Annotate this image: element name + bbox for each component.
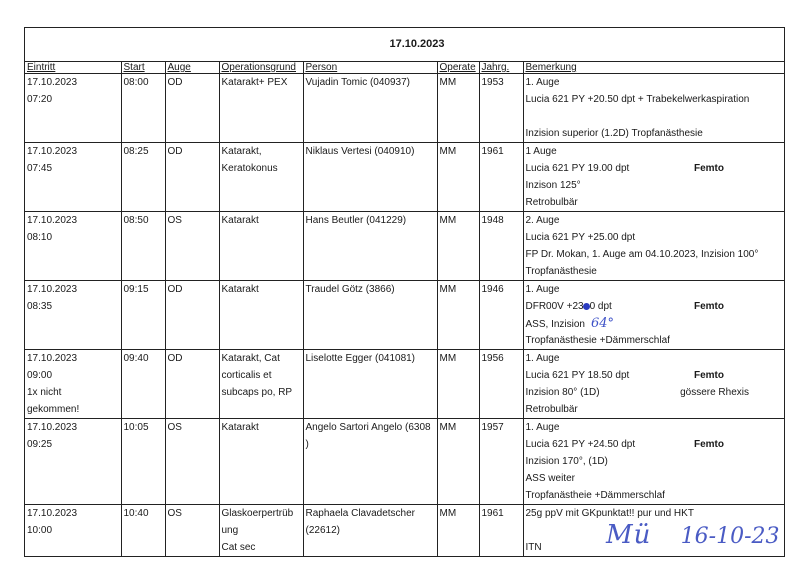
cell-eintritt-line: 07:20	[27, 91, 120, 108]
cell-operateur: MM	[437, 143, 479, 212]
cell-person-line: Niklaus Vertesi (040910)	[306, 143, 436, 160]
handwritten-signature: Mü 16-10-23	[606, 520, 780, 550]
table-row: 17.10.202309:2510:05OSKataraktAngelo Sar…	[25, 419, 784, 505]
bemerkung-text: 1. Auge	[526, 284, 560, 295]
bemerkung-text: 1. Auge	[526, 353, 560, 364]
cell-operationsgrund-line: Katarakt,	[222, 143, 302, 160]
bemerkung-line: 1. Auge	[526, 74, 784, 91]
cell-eintritt-line: 09:00	[27, 367, 120, 384]
bemerkung-line: Tropfanästhesie	[526, 263, 784, 280]
bemerkung-line: 1. Auge	[526, 281, 784, 298]
cell-jahrgang: 1953	[479, 74, 523, 143]
bemerkung-text: Inzision 80° (1D)	[526, 387, 600, 398]
schedule-table: Eintritt Start Auge Operationsgrund Pers…	[25, 62, 784, 557]
cell-person: Raphaela Clavadetscher(22612)	[303, 505, 437, 557]
cell-auge-text: OS	[168, 419, 218, 436]
cell-start: 09:40	[121, 350, 165, 419]
cell-auge: OD	[165, 281, 219, 350]
table-row: 17.10.202308:1008:50OSKataraktHans Beutl…	[25, 212, 784, 281]
cell-person-line: Angelo Sartori Angelo (6308	[306, 419, 436, 436]
cell-person: Vujadin Tomic (040937)	[303, 74, 437, 143]
cell-operationsgrund-line: Glaskoerpertrüb	[222, 505, 302, 522]
cell-operationsgrund-line: Katarakt	[222, 281, 302, 298]
table-row: 17.10.202307:4508:25ODKatarakt,Keratokon…	[25, 143, 784, 212]
bemerkung-line: Lucia 621 PY 19.00 dpt	[526, 160, 784, 177]
cell-start: 09:15	[121, 281, 165, 350]
column-header-start: Start	[121, 62, 165, 74]
cell-bemerkung: 1 AugeLucia 621 PY 19.00 dptInzison 125°…	[523, 143, 784, 212]
column-header-auge: Auge	[165, 62, 219, 74]
cell-eintritt-line: 10:00	[27, 522, 120, 539]
cell-operationsgrund: Katarakt+ PEX	[219, 74, 303, 143]
cell-eintritt: 17.10.202308:10	[25, 212, 121, 281]
cell-eintritt-line: 1x nicht	[27, 384, 120, 401]
cell-person: Liselotte Egger (041081)	[303, 350, 437, 419]
cell-operateur: MM	[437, 505, 479, 557]
bemerkung-text: FP Dr. Mokan, 1. Auge am 04.10.2023, Inz…	[526, 249, 759, 260]
cell-person-line: )	[306, 436, 436, 453]
table-header-row: Eintritt Start Auge Operationsgrund Pers…	[25, 62, 784, 74]
cell-operationsgrund: GlaskoerpertrübungCat sec	[219, 505, 303, 557]
cell-operateur: MM	[437, 350, 479, 419]
cell-person-line: Liselotte Egger (041081)	[306, 350, 436, 367]
cell-auge: OS	[165, 419, 219, 505]
cell-start-text: 10:40	[124, 505, 164, 522]
bemerkung-line: Lucia 621 PY +24.50 dpt	[526, 436, 784, 453]
cell-auge: OD	[165, 74, 219, 143]
cell-jahrgang-text: 1957	[482, 419, 522, 436]
cell-eintritt: 17.10.202309:25	[25, 419, 121, 505]
cell-eintritt: 17.10.202309:001x nichtgekommen!	[25, 350, 121, 419]
femto-note: gössere Rhexis	[680, 384, 749, 401]
cell-start: 08:25	[121, 143, 165, 212]
bemerkung-line: Inzision 170°, (1D)	[526, 453, 784, 470]
cell-jahrgang: 1957	[479, 419, 523, 505]
bemerkung-text: 1 Auge	[526, 146, 557, 157]
cell-operateur-text: MM	[440, 212, 478, 229]
bemerkung-text: Lucia 621 PY 19.00 dpt	[526, 163, 630, 174]
cell-operationsgrund-line: Keratokonus	[222, 160, 302, 177]
bemerkung-text: ITN	[526, 542, 542, 553]
column-header-operationsgrund: Operationsgrund	[219, 62, 303, 74]
cell-auge-text: OS	[168, 505, 218, 522]
table-row: 17.10.202307:2008:00ODKatarakt+ PEXVujad…	[25, 74, 784, 143]
column-header-eintritt: Eintritt	[25, 62, 121, 74]
cell-operateur-text: MM	[440, 143, 478, 160]
cell-jahrgang-text: 1946	[482, 281, 522, 298]
bemerkung-text: Inzision superior (1.2D) Tropfanästhesie	[526, 128, 703, 139]
cell-bemerkung: 1. AugeDFR00V +230 dptASS, Inzision64°Tr…	[523, 281, 784, 350]
cell-jahrgang-text: 1956	[482, 350, 522, 367]
bemerkung-text: ASS weiter	[526, 473, 575, 484]
bemerkung-line: ASS, Inzision64°	[526, 315, 784, 332]
cell-operationsgrund: Katarakt	[219, 212, 303, 281]
bemerkung-text: DFR00V +23	[526, 301, 584, 312]
cell-eintritt-line: 17.10.2023	[27, 505, 120, 522]
cell-jahrgang: 1948	[479, 212, 523, 281]
cell-operationsgrund-line: Katarakt, Cat	[222, 350, 302, 367]
cell-start: 10:05	[121, 419, 165, 505]
cell-eintritt-line: 17.10.2023	[27, 74, 120, 91]
cell-person-line: Traudel Götz (3866)	[306, 281, 436, 298]
cell-auge-text: OD	[168, 74, 218, 91]
cell-jahrgang: 1961	[479, 505, 523, 557]
bemerkung-text: 1. Auge	[526, 422, 560, 433]
bemerkung-text: Lucia 621 PY +25.00 dpt	[526, 232, 636, 243]
femto-label: Femto	[694, 367, 724, 384]
cell-start: 08:00	[121, 74, 165, 143]
cell-eintritt: 17.10.202310:00	[25, 505, 121, 557]
cell-person: Niklaus Vertesi (040910)	[303, 143, 437, 212]
cell-jahrgang: 1961	[479, 143, 523, 212]
cell-operateur: MM	[437, 281, 479, 350]
cell-eintritt-line: 17.10.2023	[27, 350, 120, 367]
cell-eintritt-line: 08:10	[27, 229, 120, 246]
cell-operateur-text: MM	[440, 419, 478, 436]
page-title: 17.10.2023	[25, 28, 784, 62]
handwritten-correction-mark	[583, 303, 590, 310]
cell-jahrgang-text: 1948	[482, 212, 522, 229]
cell-start: 08:50	[121, 212, 165, 281]
cell-eintritt-line: gekommen!	[27, 401, 120, 418]
cell-auge: OS	[165, 212, 219, 281]
bemerkung-line: ASS weiter	[526, 470, 784, 487]
cell-eintritt: 17.10.202308:35	[25, 281, 121, 350]
bemerkung-line: Retrobulbär	[526, 401, 784, 418]
cell-operationsgrund-line: Katarakt	[222, 419, 302, 436]
bemerkung-line: 2. Auge	[526, 212, 784, 229]
cell-operationsgrund-line: corticalis et	[222, 367, 302, 384]
cell-start-text: 08:00	[124, 74, 164, 91]
cell-auge-text: OD	[168, 143, 218, 160]
cell-eintritt-line: 07:45	[27, 160, 120, 177]
bemerkung-text: Retrobulbär	[526, 404, 578, 415]
table-row: 17.10.202309:001x nichtgekommen!09:40ODK…	[25, 350, 784, 419]
bemerkung-text: Inzision 170°, (1D)	[526, 456, 608, 467]
femto-label: Femto	[694, 160, 724, 177]
cell-person-line: Vujadin Tomic (040937)	[306, 74, 436, 91]
cell-operationsgrund-line: Katarakt+ PEX	[222, 74, 302, 91]
femto-label: Femto	[694, 436, 724, 453]
surgery-schedule-sheet: 17.10.2023 Eintritt Start Auge Operation…	[24, 27, 785, 557]
bemerkung-line: Lucia 621 PY +20.50 dpt + Trabekelwerkas…	[526, 91, 784, 108]
handwritten-angle: 64°	[591, 316, 614, 331]
cell-start-text: 10:05	[124, 419, 164, 436]
bemerkung-line: Inzision superior (1.2D) Tropfanästhesie	[526, 125, 784, 142]
cell-auge-text: OD	[168, 350, 218, 367]
cell-auge: OD	[165, 350, 219, 419]
cell-operateur-text: MM	[440, 350, 478, 367]
bemerkung-text: Lucia 621 PY +20.50 dpt + Trabekelwerkas…	[526, 94, 750, 105]
cell-operationsgrund-line: Katarakt	[222, 212, 302, 229]
femto-label: Femto	[694, 298, 724, 315]
bemerkung-line: Inzison 125°	[526, 177, 784, 194]
cell-eintritt-line: 17.10.2023	[27, 212, 120, 229]
bemerkung-text: Tropfanästhesie +Dämmerschlaf	[526, 335, 670, 346]
cell-operationsgrund-line: subcaps po, RP	[222, 384, 302, 401]
cell-operationsgrund: Katarakt, Catcorticalis etsubcaps po, RP	[219, 350, 303, 419]
cell-eintritt-line: 08:35	[27, 298, 120, 315]
cell-person: Angelo Sartori Angelo (6308)	[303, 419, 437, 505]
cell-eintritt: 17.10.202307:20	[25, 74, 121, 143]
bemerkung-line: 1. Auge	[526, 419, 784, 436]
signature-date: 16-10-23	[681, 524, 780, 549]
bemerkung-line: Lucia 621 PY 18.50 dpt	[526, 367, 784, 384]
cell-start-text: 08:50	[124, 212, 164, 229]
bemerkung-line: Tropfanästhesie +Dämmerschlaf	[526, 332, 784, 349]
cell-operateur: MM	[437, 212, 479, 281]
cell-bemerkung: 1. AugeLucia 621 PY +20.50 dpt + Trabeke…	[523, 74, 784, 143]
cell-bemerkung: 1. AugeLucia 621 PY 18.50 dptInzision 80…	[523, 350, 784, 419]
cell-operationsgrund-line: ung	[222, 522, 302, 539]
column-header-operateur: Operate	[437, 62, 479, 74]
bemerkung-text: Inzison 125°	[526, 180, 581, 191]
cell-auge: OD	[165, 143, 219, 212]
bemerkung-text: 2. Auge	[526, 215, 560, 226]
cell-bemerkung: 1. AugeLucia 621 PY +24.50 dptInzision 1…	[523, 419, 784, 505]
bemerkung-line	[526, 108, 784, 125]
cell-bemerkung: 2. AugeLucia 621 PY +25.00 dptFP Dr. Mok…	[523, 212, 784, 281]
bemerkung-text: Tropfanästheie +Dämmerschlaf	[526, 490, 665, 501]
bemerkung-line: 1. Auge	[526, 350, 784, 367]
bemerkung-text: Retrobulbär	[526, 197, 578, 208]
column-header-person: Person	[303, 62, 437, 74]
cell-operationsgrund-line: Cat sec	[222, 539, 302, 556]
cell-operationsgrund: Katarakt	[219, 419, 303, 505]
bemerkung-line: 1 Auge	[526, 143, 784, 160]
bemerkung-line: Lucia 621 PY +25.00 dpt	[526, 229, 784, 246]
bemerkung-text: ASS, Inzision	[526, 319, 585, 330]
cell-operateur-text: MM	[440, 281, 478, 298]
bemerkung-text: 1. Auge	[526, 77, 560, 88]
bemerkung-line: DFR00V +230 dpt	[526, 298, 784, 315]
cell-auge: OS	[165, 505, 219, 557]
cell-person-line: (22612)	[306, 522, 436, 539]
cell-start: 10:40	[121, 505, 165, 557]
cell-operateur-text: MM	[440, 505, 478, 522]
cell-person: Traudel Götz (3866)	[303, 281, 437, 350]
signature-initials: Mü	[606, 520, 651, 550]
cell-operateur: MM	[437, 419, 479, 505]
bemerkung-text: Tropfanästhesie	[526, 266, 597, 277]
cell-eintritt-line: 17.10.2023	[27, 281, 120, 298]
cell-start-text: 08:25	[124, 143, 164, 160]
cell-eintritt-line: 17.10.2023	[27, 143, 120, 160]
cell-start-text: 09:40	[124, 350, 164, 367]
cell-operateur-text: MM	[440, 74, 478, 91]
cell-operationsgrund: Katarakt	[219, 281, 303, 350]
cell-operationsgrund: Katarakt,Keratokonus	[219, 143, 303, 212]
cell-eintritt-line: 09:25	[27, 436, 120, 453]
bemerkung-text: Lucia 621 PY 18.50 dpt	[526, 370, 630, 381]
cell-jahrgang: 1946	[479, 281, 523, 350]
cell-auge-text: OD	[168, 281, 218, 298]
bemerkung-text: 25g ppV mit GKpunktat!! pur und HKT	[526, 508, 694, 519]
bemerkung-line: Tropfanästheie +Dämmerschlaf	[526, 487, 784, 504]
column-header-jahrgang: Jahrg.	[479, 62, 523, 74]
bemerkung-line: Retrobulbär	[526, 194, 784, 211]
bemerkung-line: FP Dr. Mokan, 1. Auge am 04.10.2023, Inz…	[526, 246, 784, 263]
cell-jahrgang-text: 1953	[482, 74, 522, 91]
cell-person-line: Hans Beutler (041229)	[306, 212, 436, 229]
cell-jahrgang: 1956	[479, 350, 523, 419]
cell-eintritt-line: 17.10.2023	[27, 419, 120, 436]
cell-start-text: 09:15	[124, 281, 164, 298]
bemerkung-text: Lucia 621 PY +24.50 dpt	[526, 439, 636, 450]
column-header-bemerkung: Bemerkung	[523, 62, 784, 74]
cell-jahrgang-text: 1961	[482, 505, 522, 522]
cell-person: Hans Beutler (041229)	[303, 212, 437, 281]
cell-jahrgang-text: 1961	[482, 143, 522, 160]
cell-eintritt: 17.10.202307:45	[25, 143, 121, 212]
cell-auge-text: OS	[168, 212, 218, 229]
cell-person-line: Raphaela Clavadetscher	[306, 505, 436, 522]
bemerkung-dpt-suffix: 0 dpt	[590, 301, 612, 312]
table-row: 17.10.202308:3509:15ODKataraktTraudel Gö…	[25, 281, 784, 350]
cell-operateur: MM	[437, 74, 479, 143]
